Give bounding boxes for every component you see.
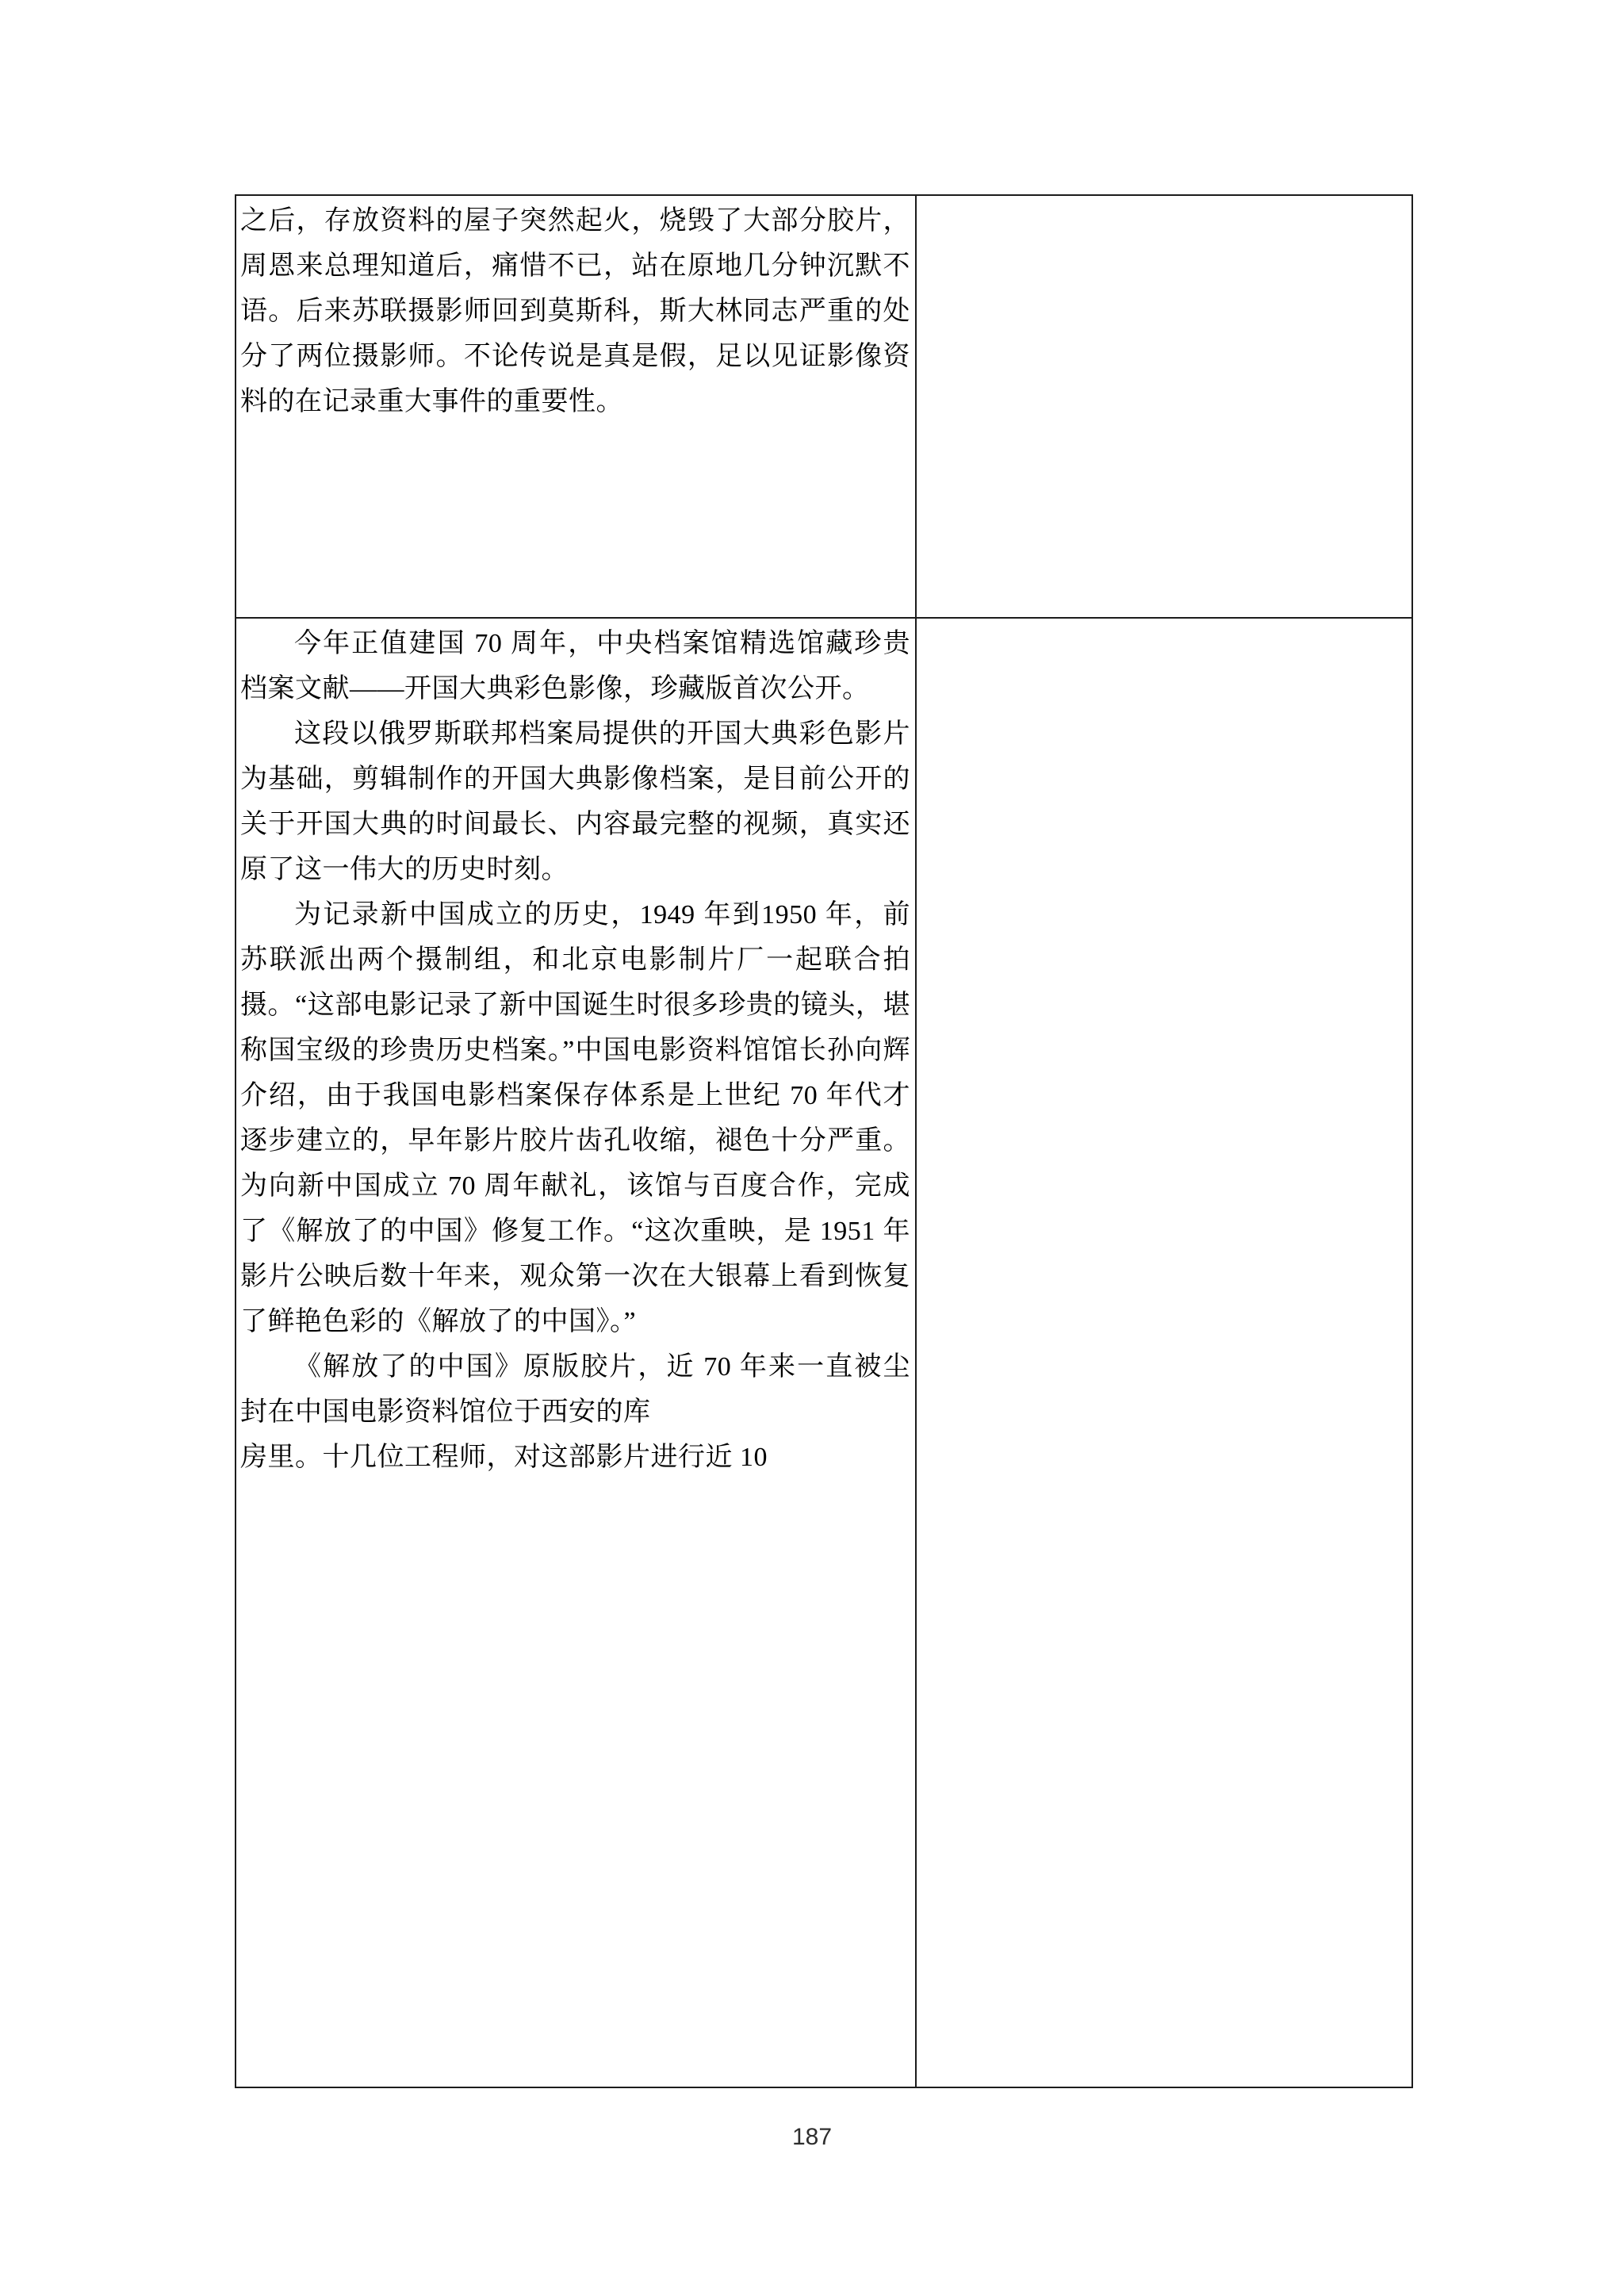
document-page: 之后，存放资料的屋子突然起火，烧毁了大部分胶片，周恩来总理知道后，痛惜不已，站在… [0, 0, 1624, 2296]
paragraph-continued-text: 之后，存放资料的屋子突然起火，烧毁了大部分胶片，周恩来总理知道后，痛惜不已，站在… [240, 198, 910, 424]
paragraph-engineers-restoration: 房里。十几位工程师，对这部影片进行近 10 [240, 1435, 910, 1480]
paragraph-original-film-storage: 《解放了的中国》原版胶片，近 70 年来一直被尘封在中国电影资料馆位于西安的库 [240, 1344, 910, 1435]
table-cell-row1-left: 之后，存放资料的屋子突然起火，烧毁了大部分胶片，周恩来总理知道后，痛惜不已，站在… [236, 196, 917, 619]
content-table: 之后，存放资料的屋子突然起火，烧毁了大部分胶片，周恩来总理知道后，痛惜不已，站在… [235, 194, 1413, 2088]
page-number: 187 [0, 2124, 1624, 2151]
table-cell-row1-right-empty [917, 196, 1411, 619]
table-cell-row2-left: 今年正值建国 70 周年，中央档案馆精选馆藏珍贵档案文献——开国大典彩色影像，珍… [236, 619, 917, 2087]
paragraph-footage-source: 这段以俄罗斯联邦档案局提供的开国大典彩色影片为基础，剪辑制作的开国大典影像档案，… [240, 711, 910, 892]
table-cell-row2-right-empty [917, 619, 1411, 2087]
paragraph-filming-history: 为记录新中国成立的历史，1949 年到1950 年，前苏联派出两个摄制组，和北京… [240, 892, 910, 1344]
paragraph-anniversary-release: 今年正值建国 70 周年，中央档案馆精选馆藏珍贵档案文献——开国大典彩色影像，珍… [240, 621, 910, 711]
